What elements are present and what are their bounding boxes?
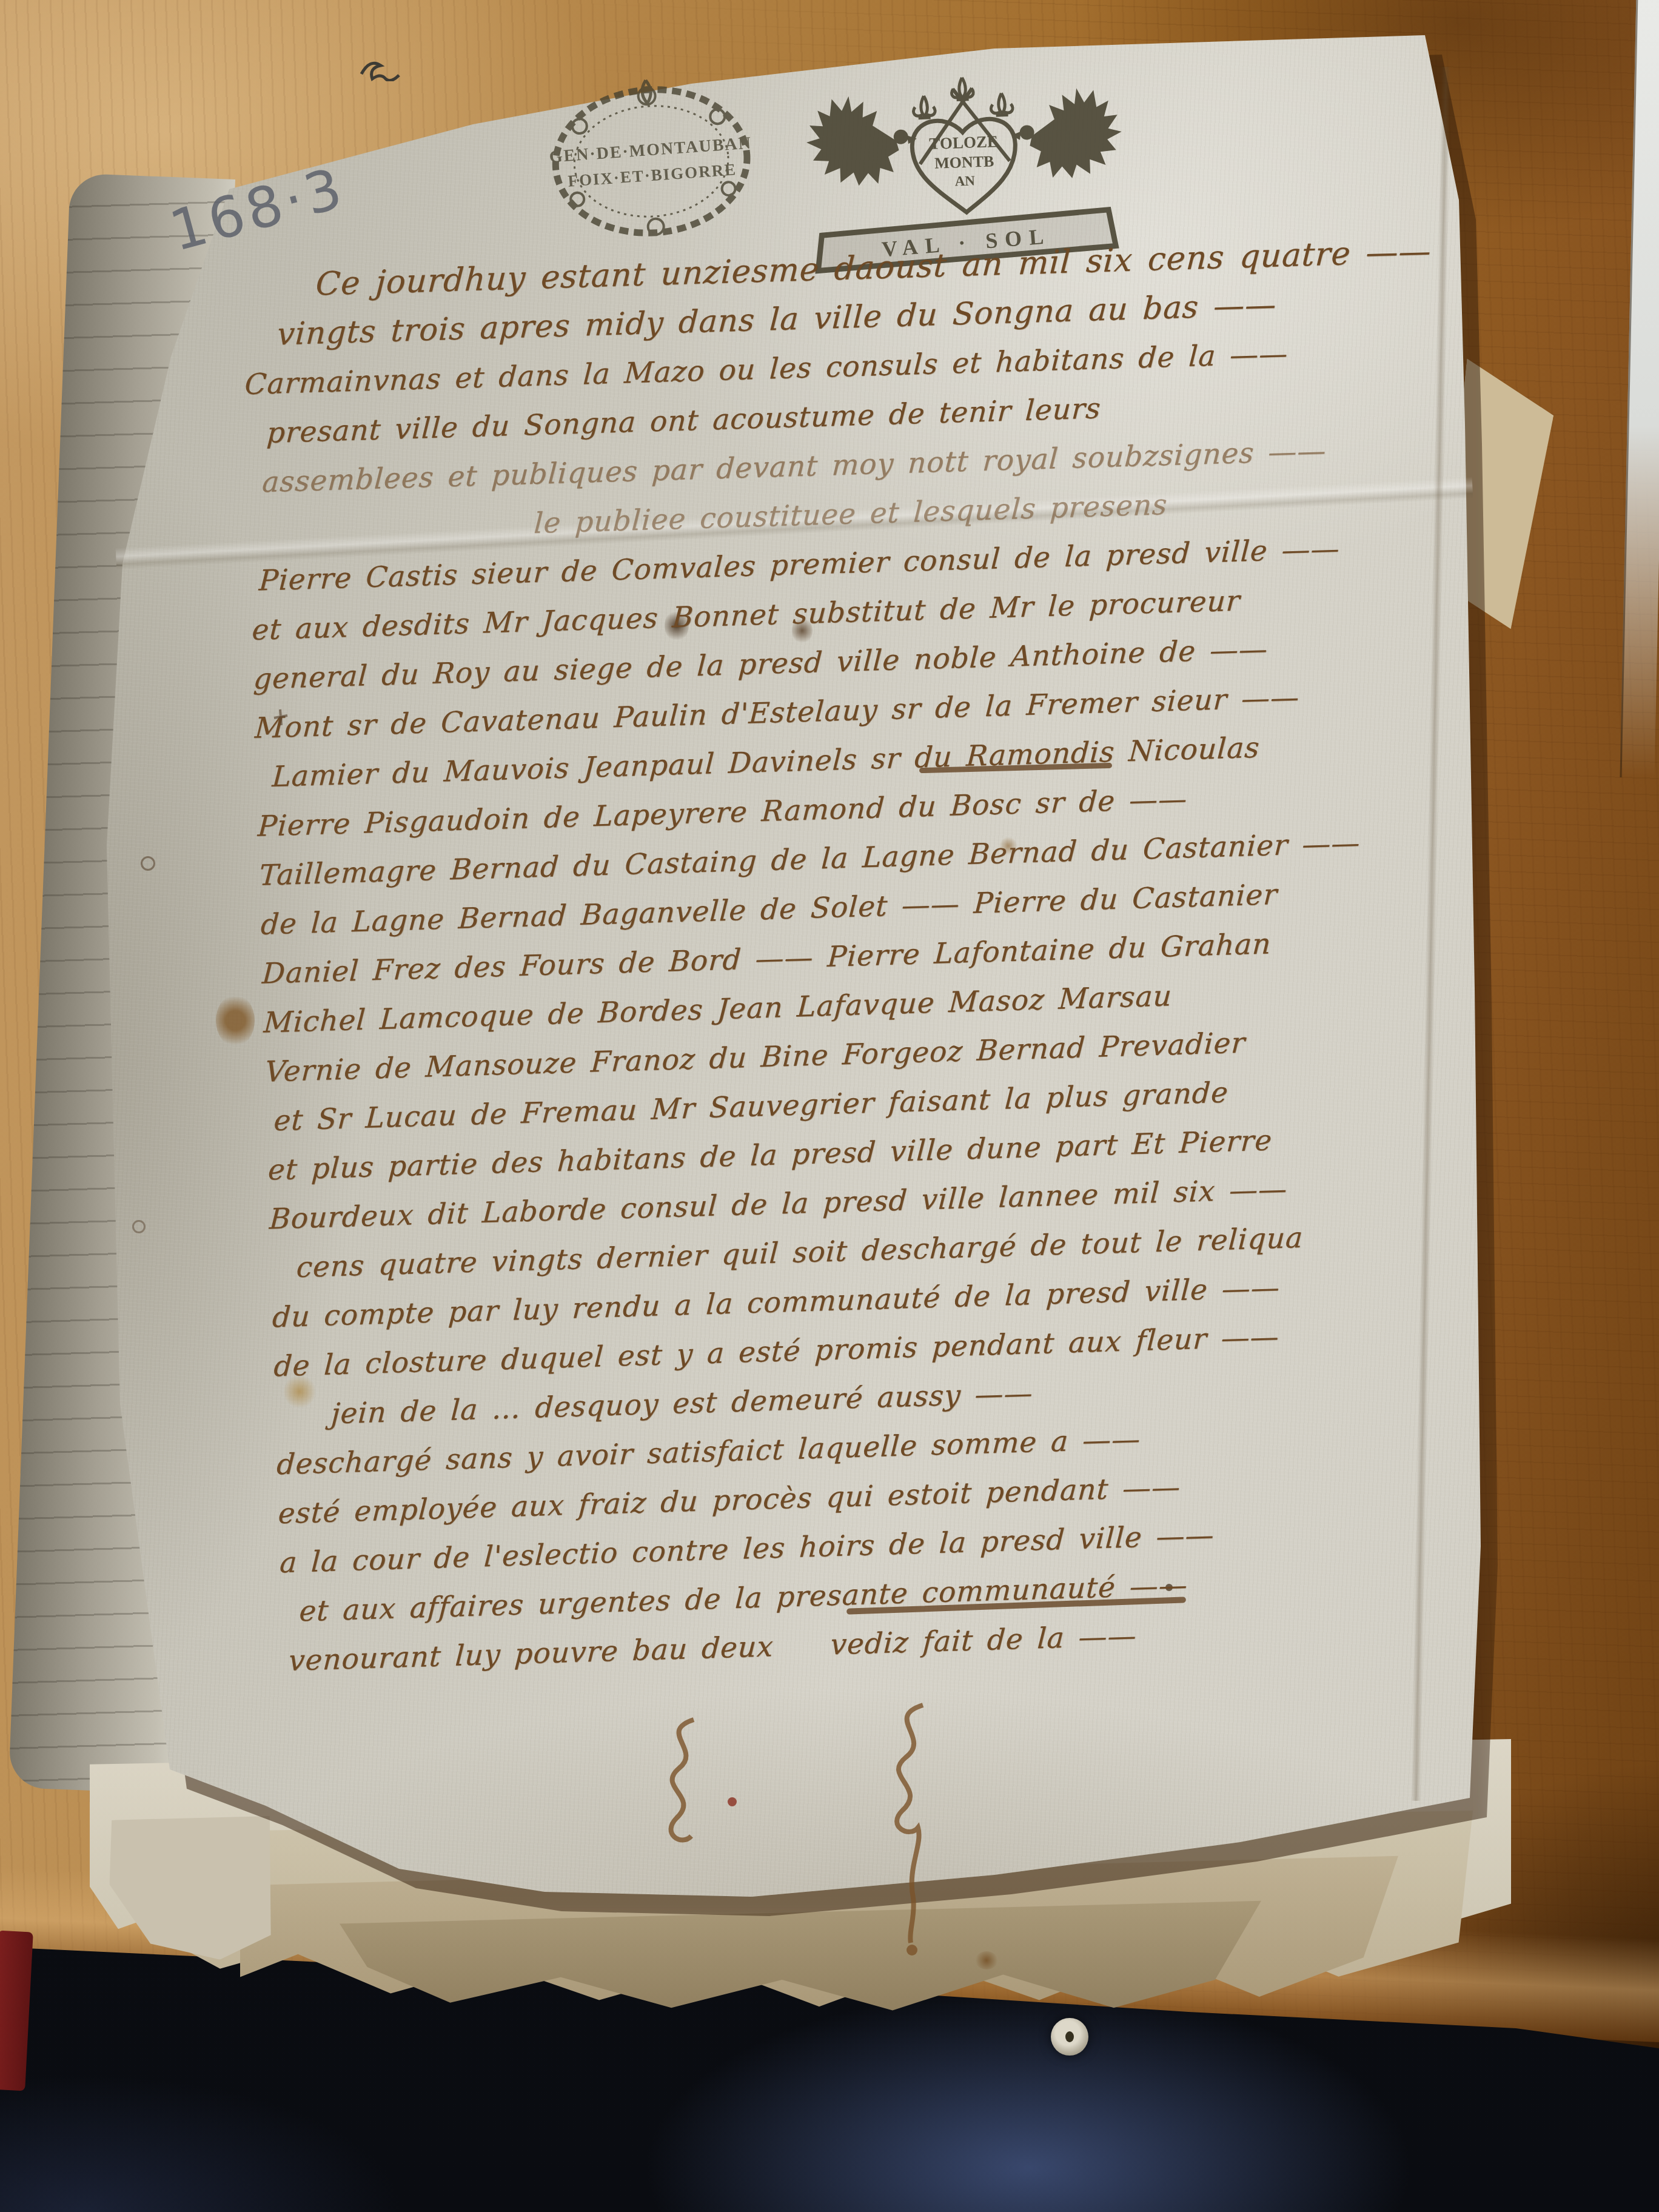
- margin-dot-mark: [132, 1220, 146, 1233]
- photo-of-1683-manuscript: GEN·DE·MONTAUBAN FOIX·ET·BIGORRE: [0, 0, 1659, 2212]
- margin-cross-mark-icon: [272, 708, 290, 726]
- fleur-de-lis-icon: [913, 76, 1013, 118]
- stamp-text-bottom: FOIX·ET·BIGORRE: [568, 160, 737, 190]
- shield-text-3: AN: [954, 173, 975, 189]
- eagle-icon: [1010, 87, 1123, 180]
- paraph-flourish-icon: [635, 1711, 726, 1863]
- eagle-icon: [805, 94, 918, 187]
- ink-stain: [216, 994, 255, 1047]
- paraph-flourish-icon: [860, 1698, 963, 1959]
- ink-stain: [975, 1951, 998, 1969]
- button-disc: [1051, 2018, 1088, 2056]
- manuscript-text: Ce jourdhuy estant unziesme daoust an mi…: [241, 226, 1493, 1686]
- shield-text-1: TOLOZE: [929, 132, 999, 153]
- shield-text-2: MONTB: [934, 152, 994, 172]
- ink-stain: [728, 1797, 737, 1806]
- margin-dot-mark: [141, 856, 155, 871]
- tax-stamp-montauban-icon: GEN·DE·MONTAUBAN FOIX·ET·BIGORRE: [539, 70, 763, 250]
- edge-ink-mark-icon: [359, 53, 401, 84]
